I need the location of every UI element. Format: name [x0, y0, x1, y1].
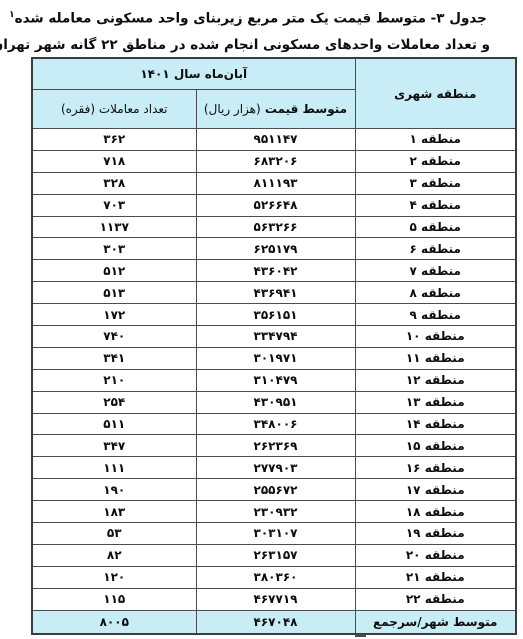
region-cell: منطقه ۱۰: [355, 326, 516, 348]
table-row: منطقه ۱۳۴۳۰۹۵۱۲۵۴: [32, 391, 516, 413]
price-cell: ۲۶۳۱۵۷: [196, 544, 355, 566]
price-cell: ۲۶۲۳۶۹: [196, 435, 355, 457]
table-row: منطقه ۷۴۳۶۰۴۲۵۱۲: [32, 260, 516, 282]
count-cell: ۳۴۷: [32, 435, 196, 457]
price-cell: ۴۳۶۹۴۱: [196, 282, 355, 304]
price-cell: ۵۲۶۶۴۸: [196, 194, 355, 216]
table-header: منطقه شهری آبان‌ماه سال ۱۴۰۱ متوسط قیمت …: [32, 58, 516, 129]
region-cell: منطقه ۱۵: [355, 435, 516, 457]
table-body: منطقه ۱۹۵۱۱۴۷۳۶۲منطقه ۲۶۸۳۲۰۶۷۱۸منطقه ۳۸…: [32, 129, 516, 611]
price-cell: ۹۵۱۱۴۷: [196, 129, 355, 151]
price-cell: ۸۱۱۱۹۳: [196, 172, 355, 194]
price-cell: ۴۶۷۷۱۹: [196, 588, 355, 610]
count-cell: ۵۱۱: [32, 413, 196, 435]
region-cell: منطقه ۱۶: [355, 457, 516, 479]
price-cell: ۳۰۳۱۰۷: [196, 523, 355, 545]
table-title-line1: جدول ۳- متوسط قیمت یک متر مربع زیربنای و…: [6, 5, 490, 29]
region-cell: منطقه ۲: [355, 150, 516, 172]
table-row: منطقه ۸۴۳۶۹۴۱۵۱۳: [32, 282, 516, 304]
footnote-cutoff-mark: [355, 634, 366, 637]
table-caption: جدول ۳- متوسط قیمت یک متر مربع زیربنای و…: [6, 5, 490, 55]
total-label-cell: متوسط شهر/سرجمع: [355, 610, 516, 634]
count-cell: ۷۰۳: [32, 194, 196, 216]
title-text: جدول ۳- متوسط قیمت یک متر مربع زیربنای و…: [15, 11, 487, 27]
count-cell: ۵۱۳: [32, 282, 196, 304]
region-cell: منطقه ۲۰: [355, 544, 516, 566]
region-cell: منطقه ۵: [355, 216, 516, 238]
count-cell: ۲۱۰: [32, 369, 196, 391]
price-cell: ۲۳۰۹۳۲: [196, 501, 355, 523]
table-row: منطقه ۱۹۵۱۱۴۷۳۶۲: [32, 129, 516, 151]
table-row: منطقه ۱۲۳۱۰۴۷۹۲۱۰: [32, 369, 516, 391]
count-cell: ۵۳: [32, 523, 196, 545]
price-header-unit: (هزار ریال): [204, 102, 261, 116]
price-cell: ۵۶۳۲۶۶: [196, 216, 355, 238]
count-cell: ۱۱۵: [32, 588, 196, 610]
table-row: منطقه ۴۵۲۶۶۴۸۷۰۳: [32, 194, 516, 216]
count-cell: ۳۲۸: [32, 172, 196, 194]
period-header: آبان‌ماه سال ۱۴۰۱: [32, 58, 355, 90]
table-row: منطقه ۲۲۴۶۷۷۱۹۱۱۵: [32, 588, 516, 610]
price-cell: ۳۰۱۹۷۱: [196, 347, 355, 369]
region-cell: منطقه ۳: [355, 172, 516, 194]
table-row: منطقه ۵۵۶۳۲۶۶۱۱۳۷: [32, 216, 516, 238]
price-cell: ۳۸۰۳۶۰: [196, 566, 355, 588]
price-header-title: متوسط قیمت: [265, 102, 347, 116]
total-row: متوسط شهر/سرجمع ۴۶۷۰۴۸ ۸۰۰۵: [32, 610, 516, 634]
count-cell: ۱۲۰: [32, 566, 196, 588]
region-cell: منطقه ۱۱: [355, 347, 516, 369]
region-cell: منطقه ۱۲: [355, 369, 516, 391]
table-row: منطقه ۱۶۲۷۷۹۰۳۱۱۱: [32, 457, 516, 479]
table-row: منطقه ۱۰۳۳۴۷۹۴۷۴۰: [32, 326, 516, 348]
table-row: منطقه ۹۳۵۶۱۵۱۱۷۲: [32, 304, 516, 326]
region-cell: منطقه ۱۷: [355, 479, 516, 501]
districts-price-table: منطقه شهری آبان‌ماه سال ۱۴۰۱ متوسط قیمت …: [31, 57, 517, 635]
price-cell: ۶۲۵۱۷۹: [196, 238, 355, 260]
table-row: منطقه ۱۸۲۳۰۹۳۲۱۸۳: [32, 501, 516, 523]
count-cell: ۷۱۸: [32, 150, 196, 172]
table-row: منطقه ۱۱۳۰۱۹۷۱۳۴۱: [32, 347, 516, 369]
table-row: منطقه ۱۴۳۴۸۰۰۶۵۱۱: [32, 413, 516, 435]
table-row: منطقه ۲۰۲۶۳۱۵۷۸۲: [32, 544, 516, 566]
region-cell: منطقه ۱۸: [355, 501, 516, 523]
count-cell: ۱۷۲: [32, 304, 196, 326]
table-title-line2: و تعداد معاملات واحدهای مسکونی انجام شده…: [6, 35, 490, 55]
table-row: منطقه ۶۶۲۵۱۷۹۳۰۳: [32, 238, 516, 260]
count-cell: ۳۴۱: [32, 347, 196, 369]
count-cell: ۲۵۴: [32, 391, 196, 413]
region-cell: منطقه ۷: [355, 260, 516, 282]
price-cell: ۴۳۰۹۵۱: [196, 391, 355, 413]
count-cell: ۱۱۳۷: [32, 216, 196, 238]
price-cell: ۲۵۵۶۷۲: [196, 479, 355, 501]
table-row: منطقه ۳۸۱۱۱۹۳۳۲۸: [32, 172, 516, 194]
region-cell: منطقه ۲۱: [355, 566, 516, 588]
count-column-header: تعداد معاملات (فقره): [32, 90, 196, 129]
count-cell: ۸۲: [32, 544, 196, 566]
price-cell: ۳۵۶۱۵۱: [196, 304, 355, 326]
region-cell: منطقه ۴: [355, 194, 516, 216]
total-price-cell: ۴۶۷۰۴۸: [196, 610, 355, 634]
region-column-header: منطقه شهری: [355, 58, 516, 129]
table-row: منطقه ۲۱۳۸۰۳۶۰۱۲۰: [32, 566, 516, 588]
count-cell: ۳۰۳: [32, 238, 196, 260]
region-cell: منطقه ۸: [355, 282, 516, 304]
count-cell: ۱۸۳: [32, 501, 196, 523]
region-cell: منطقه ۶: [355, 238, 516, 260]
count-cell: ۷۴۰: [32, 326, 196, 348]
price-cell: ۶۸۳۲۰۶: [196, 150, 355, 172]
region-cell: منطقه ۹: [355, 304, 516, 326]
count-cell: ۵۱۲: [32, 260, 196, 282]
price-cell: ۴۳۶۰۴۲: [196, 260, 355, 282]
region-cell: منطقه ۲۲: [355, 588, 516, 610]
table-row: منطقه ۲۶۸۳۲۰۶۷۱۸: [32, 150, 516, 172]
price-cell: ۳۱۰۴۷۹: [196, 369, 355, 391]
total-count-cell: ۸۰۰۵: [32, 610, 196, 634]
region-cell: منطقه ۱۴: [355, 413, 516, 435]
report-page: جدول ۳- متوسط قیمت یک متر مربع زیربنای و…: [0, 0, 523, 639]
region-cell: منطقه ۱: [355, 129, 516, 151]
price-cell: ۳۳۴۷۹۴: [196, 326, 355, 348]
table-row: منطقه ۱۵۲۶۲۳۶۹۳۴۷: [32, 435, 516, 457]
table-row: منطقه ۱۷۲۵۵۶۷۲۱۹۰: [32, 479, 516, 501]
table-row: منطقه ۱۹۳۰۳۱۰۷۵۳: [32, 523, 516, 545]
count-cell: ۱۹۰: [32, 479, 196, 501]
price-cell: ۲۷۷۹۰۳: [196, 457, 355, 479]
region-cell: منطقه ۱۳: [355, 391, 516, 413]
region-cell: منطقه ۱۹: [355, 523, 516, 545]
count-cell: ۳۶۲: [32, 129, 196, 151]
price-cell: ۳۴۸۰۰۶: [196, 413, 355, 435]
count-cell: ۱۱۱: [32, 457, 196, 479]
price-column-header: متوسط قیمت (هزار ریال): [196, 90, 355, 129]
